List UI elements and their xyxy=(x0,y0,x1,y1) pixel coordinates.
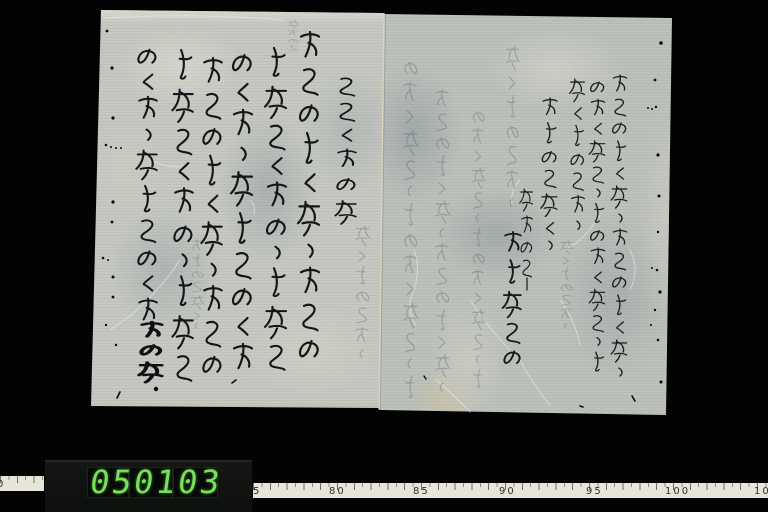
left-column-2: つらなりのたまかづら元和第七年より xyxy=(300,32,320,362)
document-date: 寛政元己酉年十一月 xyxy=(540,98,560,252)
frame-counter: 050103 xyxy=(45,460,252,512)
right-column-3: 状ニ相認申下候事 xyxy=(568,78,588,232)
counter-digits: 050103 xyxy=(88,467,218,498)
left-column-4: 杉まもる人のさかゆく千代寿ぞと xyxy=(233,52,253,375)
left-column-1: つゆくさの花 xyxy=(337,78,357,225)
left-column-5: よろづ代の道しるべ、わか升長寿よ xyxy=(203,58,223,377)
left-column-6: の名なりけりてくわん物と河てし xyxy=(174,50,194,382)
ruler-label: 5 xyxy=(253,486,261,497)
ruler-label: 0 xyxy=(0,479,5,490)
left-column-3: いつの御庭の面影のかゝりけり xyxy=(267,48,287,372)
ruler-label: 10 xyxy=(754,486,768,497)
ruler-label: 80 xyxy=(329,486,346,497)
left-column-7: 玉條、浮きぬめりかへて。けふ居云 xyxy=(138,47,158,387)
handwriting-layer xyxy=(0,0,768,512)
scale-ruler-left: 0 xyxy=(0,476,44,491)
ruler-label: 95 xyxy=(586,486,603,497)
scale-ruler-right: 5 80 85 90 95 100 10 xyxy=(253,483,768,498)
manuscript-photo: つゆくさの花 つらなりのたまかづら元和第七年より いつの御庭の面影のかゝりけり … xyxy=(0,0,768,512)
right-column-2: 諸国之行司并力士共へ免許被差出候 xyxy=(588,80,608,373)
counter-display: 050103 xyxy=(87,467,218,498)
ruler-label: 100 xyxy=(665,486,690,497)
right-column-1: 今以持伝へ相撲故実修業之行司可為并 xyxy=(610,75,630,378)
ruler-label: 85 xyxy=(413,486,430,497)
ruler-label: 90 xyxy=(499,486,516,497)
end-mark xyxy=(154,387,158,391)
document-signature: 吉田善左衛門追風 xyxy=(503,232,523,368)
